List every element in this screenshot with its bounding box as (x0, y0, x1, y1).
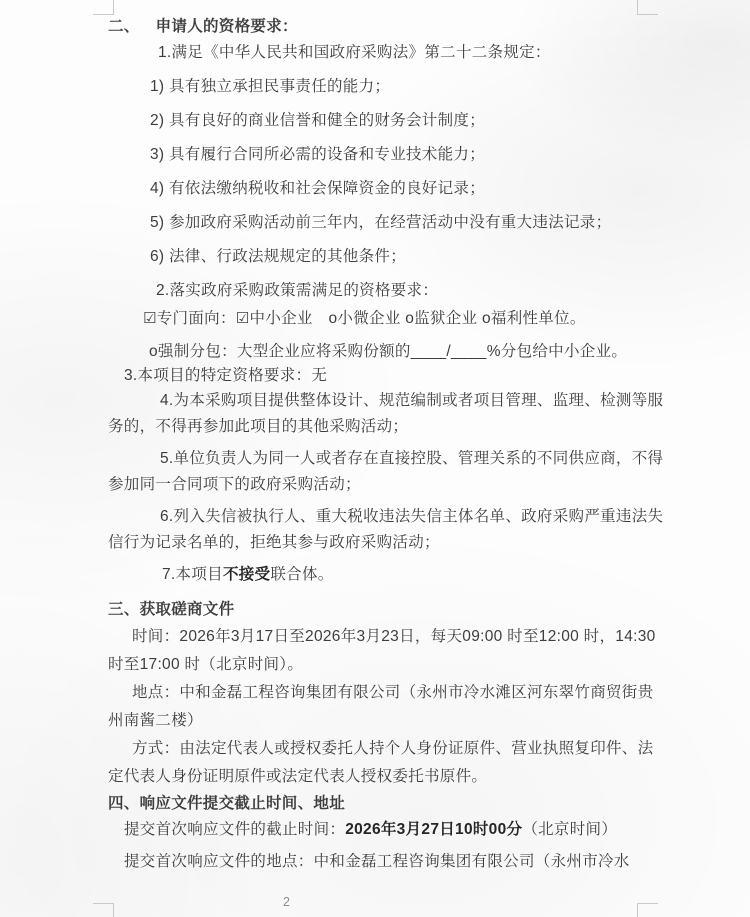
section-4-heading: 四、响应文件提交截止时间、地址 (108, 791, 664, 817)
submission-place-line: 提交首次响应文件的地点：中和金磊工程咨询集团有限公司（永州市冷水 (108, 849, 664, 875)
condition-item-3: 3) 具有履行合同所必需的设备和专业技术能力； (108, 142, 664, 168)
text-boundary-mark-top-right (637, 0, 658, 15)
policy-target-line: ☑专门面向：☑中小企业 o小微企业 o监狱企业 o福利性单位。 (108, 306, 664, 332)
checkbox-checked-icon: ☑ (143, 310, 157, 327)
page-number: 2 (283, 895, 290, 909)
paragraph-7-pre: 7.本项目 (162, 566, 223, 583)
paragraph-6: 6.列入失信被执行人、重大税收违法失信主体名单、政府采购严重违法失信行为记录名单… (108, 504, 664, 556)
condition-item-2: 2) 具有良好的商业信誉和健全的财务会计制度； (108, 108, 664, 134)
condition-item-5: 5) 参加政府采购活动前三年内，在经营活动中没有重大违法记录； (108, 210, 664, 236)
paragraph-7-emphasis: 不接受 (223, 566, 270, 583)
paragraph-7-post: 联合体。 (270, 566, 333, 583)
text-boundary-mark-bottom-right (637, 903, 658, 917)
section-2-number: 二、 (108, 18, 140, 35)
policy-target-options: 中小企业 o小微企业 o监狱企业 o福利性单位。 (250, 310, 586, 327)
obtain-method-line: 方式：由法定代表人或授权委托人持个人身份证原件、营业执照复印件、法定代表人身份证… (108, 735, 664, 791)
obtain-location-line: 地点：中和金磊工程咨询集团有限公司（永州市冷水滩区河东翠竹商贸街贵州南酱二楼） (108, 679, 664, 735)
section-2-heading: 二、申请人的资格要求： (108, 14, 664, 40)
section-2-title: 申请人的资格要求： (156, 18, 298, 35)
specific-requirement-line: 3.本项目的特定资格要求：无 (108, 364, 664, 388)
paragraph-7: 7.本项目不接受联合体。 (108, 562, 664, 588)
section-3-heading: 三、获取磋商文件 (108, 597, 664, 623)
policy-requirement-item: 2.落实政府采购政策需满足的资格要求： (108, 278, 664, 304)
condition-item-6: 6) 法律、行政法规规定的其他条件； (108, 244, 664, 270)
policy-target-label: 专门面向： (157, 310, 236, 327)
deadline-value: 2026年3月27日10时00分 (345, 821, 522, 838)
deadline-line: 提交首次响应文件的截止时间：2026年3月27日10时00分（北京时间） (108, 817, 664, 843)
paragraph-4: 4.为本采购项目提供整体设计、规范编制或者项目管理、监理、检测等服务的，不得再参… (108, 388, 664, 440)
text-boundary-mark-top-left (93, 0, 114, 15)
qualification-law-item: 1.满足《中华人民共和国政府采购法》第二十二条规定： (108, 40, 664, 66)
document-body: 二、申请人的资格要求： 1.满足《中华人民共和国政府采购法》第二十二条规定： 1… (108, 14, 664, 881)
checkbox-checked-icon: ☑ (236, 310, 250, 327)
obtain-time-line: 时间：2026年3月17日至2026年3月23日，每天09:00 时至12:00… (108, 623, 664, 679)
condition-item-1: 1) 具有独立承担民事责任的能力； (108, 74, 664, 100)
text-boundary-mark-bottom-left (93, 903, 114, 917)
deadline-suffix: （北京时间） (522, 821, 617, 838)
subcontract-line: o强制分包：大型企业应将采购份额的____/____%分包给中小企业。 (108, 340, 664, 364)
paragraph-5: 5.单位负责人为同一人或者存在直接控股、管理关系的不同供应商，不得参加同一合同项… (108, 446, 664, 498)
condition-item-4: 4) 有依法缴纳税收和社会保障资金的良好记录； (108, 176, 664, 202)
deadline-label: 提交首次响应文件的截止时间： (124, 821, 345, 838)
document-page: 二、申请人的资格要求： 1.满足《中华人民共和国政府采购法》第二十二条规定： 1… (0, 0, 750, 917)
